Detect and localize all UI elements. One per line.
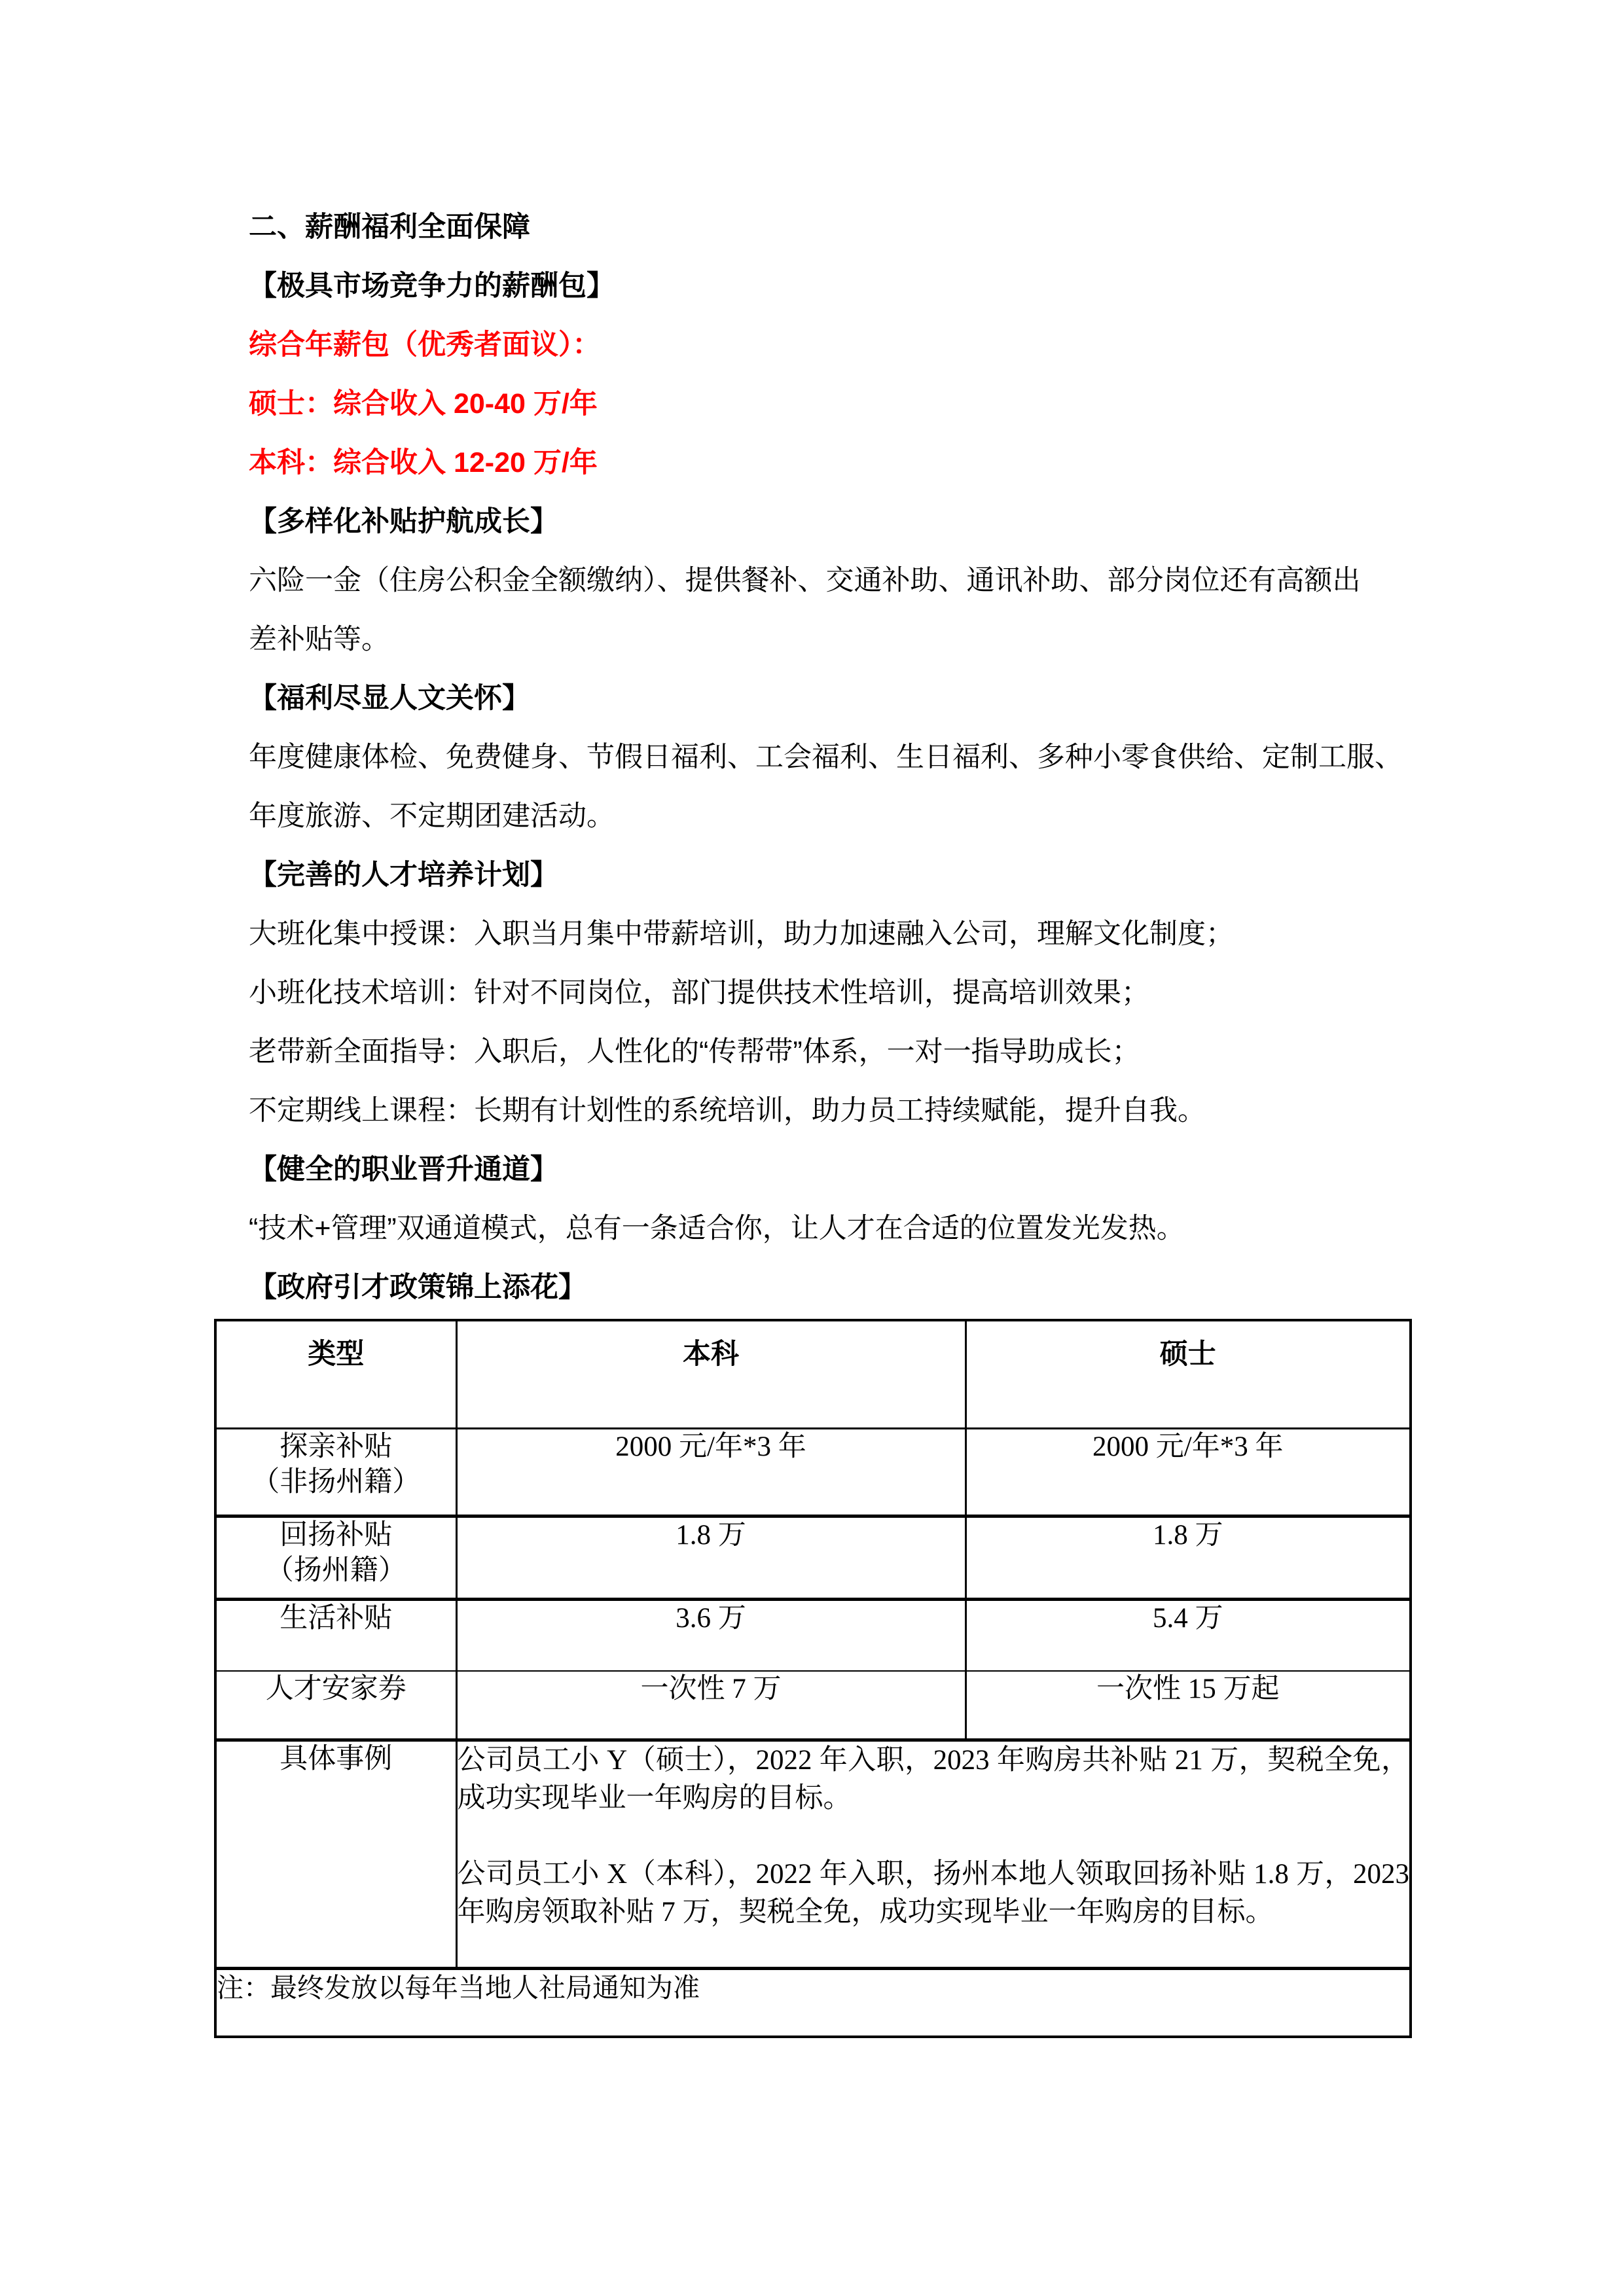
salary-package-heading: 【极具市场竞争力的薪酬包】 (249, 257, 1379, 315)
visit-subsidy-label: 探亲补贴 （非扬州籍） (215, 1429, 456, 1516)
visit-subsidy-master-value: 2000 元/年*3 年 (965, 1429, 1411, 1516)
salary-bachelor-line: 本科：综合收入 12-20 万/年 (249, 433, 1379, 492)
table-note-text: 注：最终发放以每年当地人社局通知为准 (215, 1969, 1411, 2037)
table-row-note: 注：最终发放以每年当地人社局通知为准 (215, 1969, 1411, 2037)
return-subsidy-bachelor-value: 1.8 万 (456, 1516, 965, 1600)
table-header-type: 类型 (215, 1320, 456, 1429)
salary-overview-line: 综合年薪包（优秀者面议）： (249, 315, 1379, 374)
table-row-examples: 具体事例 公司员工小 Y（硕士），2022 年入职，2023 年购房共补贴 21… (215, 1740, 1411, 1969)
document-page: 二、薪酬福利全面保障 【极具市场竞争力的薪酬包】 综合年薪包（优秀者面议）： 硕… (0, 0, 1624, 2296)
return-subsidy-label-line2: （扬州籍） (217, 1553, 456, 1588)
welfare-heading: 【福利尽显人文关怀】 (249, 669, 1379, 728)
table-header-row: 类型 本科 硕士 (215, 1320, 1411, 1429)
settlement-voucher-bachelor-value: 一次性 7 万 (456, 1671, 965, 1740)
visit-subsidy-label-line2: （非扬州籍） (217, 1465, 456, 1500)
example-paragraph-1: 公司员工小 Y（硕士），2022 年入职，2023 年购房共补贴 21 万，契税… (458, 1742, 1410, 1818)
examples-body: 公司员工小 Y（硕士），2022 年入职，2023 年购房共补贴 21 万，契税… (456, 1740, 1411, 1969)
living-subsidy-master-value: 5.4 万 (965, 1600, 1411, 1672)
table-row-settlement-voucher: 人才安家券 一次性 7 万 一次性 15 万起 (215, 1671, 1411, 1740)
return-subsidy-label: 回扬补贴 （扬州籍） (215, 1516, 456, 1600)
training-line-4: 不定期线上课程：长期有计划性的系统培训，助力员工持续赋能，提升自我。 (249, 1081, 1379, 1140)
subsidies-text-line2: 差补贴等。 (249, 610, 1379, 669)
promotion-heading: 【健全的职业晋升通道】 (249, 1140, 1379, 1199)
gov-policy-heading: 【政府引才政策锦上添花】 (249, 1258, 1379, 1317)
settlement-voucher-label: 人才安家券 (215, 1671, 456, 1740)
visit-subsidy-label-line1: 探亲补贴 (217, 1429, 456, 1465)
subsidies-text-line1: 六险一金（住房公积金全额缴纳）、提供餐补、交通补助、通讯补助、部分岗位还有高额出 (249, 551, 1379, 610)
table-row-visit-subsidy: 探亲补贴 （非扬州籍） 2000 元/年*3 年 2000 元/年*3 年 (215, 1429, 1411, 1516)
subsidies-heading: 【多样化补贴护航成长】 (249, 492, 1379, 551)
living-subsidy-label: 生活补贴 (215, 1600, 456, 1672)
welfare-text-line2: 年度旅游、不定期团建活动。 (249, 787, 1379, 846)
living-subsidy-bachelor-value: 3.6 万 (456, 1600, 965, 1672)
return-subsidy-master-value: 1.8 万 (965, 1516, 1411, 1600)
table-header-bachelor: 本科 (456, 1320, 965, 1429)
gov-policy-table: 类型 本科 硕士 探亲补贴 （非扬州籍） 2000 元/年*3 年 2000 元… (214, 1319, 1412, 2038)
table-header-master: 硕士 (965, 1320, 1411, 1429)
section-title: 二、薪酬福利全面保障 (249, 198, 1379, 257)
examples-label: 具体事例 (215, 1740, 456, 1969)
settlement-voucher-master-value: 一次性 15 万起 (965, 1671, 1411, 1740)
training-heading: 【完善的人才培养计划】 (249, 846, 1379, 905)
salary-master-line: 硕士：综合收入 20-40 万/年 (249, 374, 1379, 433)
promotion-text-line: “技术+管理”双通道模式，总有一条适合你，让人才在合适的位置发光发热。 (249, 1199, 1379, 1258)
training-line-1: 大班化集中授课：入职当月集中带薪培训，助力加速融入公司，理解文化制度； (249, 905, 1379, 963)
welfare-text-line1: 年度健康体检、免费健身、节假日福利、工会福利、生日福利、多种小零食供给、定制工服… (249, 728, 1379, 787)
table-row-return-subsidy: 回扬补贴 （扬州籍） 1.8 万 1.8 万 (215, 1516, 1411, 1600)
content-area: 二、薪酬福利全面保障 【极具市场竞争力的薪酬包】 综合年薪包（优秀者面议）： 硕… (249, 198, 1379, 2038)
table-row-living-subsidy: 生活补贴 3.6 万 5.4 万 (215, 1600, 1411, 1672)
example-paragraph-2: 公司员工小 X（本科），2022 年入职，扬州本地人领取回扬补贴 1.8 万，2… (458, 1856, 1410, 1931)
return-subsidy-label-line1: 回扬补贴 (217, 1518, 456, 1553)
training-line-2: 小班化技术培训：针对不同岗位，部门提供技术性培训，提高培训效果； (249, 963, 1379, 1022)
visit-subsidy-bachelor-value: 2000 元/年*3 年 (456, 1429, 965, 1516)
training-line-3: 老带新全面指导：入职后，人性化的“传帮带”体系，一对一指导助成长； (249, 1022, 1379, 1081)
